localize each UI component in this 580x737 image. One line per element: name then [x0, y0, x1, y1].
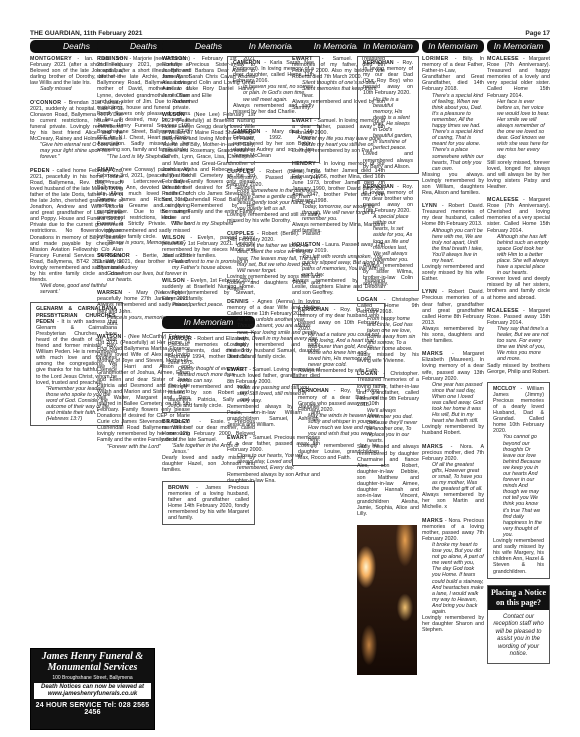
placing-notice-body: Contact our reception staff who will be …: [488, 610, 549, 663]
column-7: In Memoriam LORIMER - Billy. In memory o…: [422, 40, 484, 640]
section-header-in-memoriam: In Memoriam: [487, 40, 550, 53]
notice: LOGAN - Christopher. Treasured memories …: [357, 371, 419, 517]
notice: LYNN - Robert David. Precious memories o…: [422, 289, 484, 344]
notice-boxed: KERNOHAN - Roy. In loving memory of my o…: [357, 56, 419, 174]
notice: MARKS - Nora. Precious memories of a lov…: [422, 518, 484, 634]
masthead: THE GUARDIAN, 11th February 2021 Page 17: [30, 27, 550, 39]
notice: MARKS - Nora. A precious mother, died 7t…: [422, 444, 484, 511]
column-8: In Memoriam MCALEESE - Margaret Rose (7t…: [487, 40, 550, 664]
notice: MCALEESE - Margaret Rose. Passed away 15…: [487, 308, 550, 375]
placing-notice-title: Placing a Notice on this page?: [488, 586, 549, 610]
advert-title: James Henry Funeral & Monumental Service…: [31, 649, 154, 673]
notice: MCALEESE - Margaret Rose (7th Anniversar…: [487, 197, 550, 301]
notice-boxed: MCCLOY - William James (Jimmy) Precious …: [487, 382, 550, 579]
notice: LORIMER - Billy. In memory of a dear Fat…: [422, 56, 484, 196]
advert-address: 100 Broughshane Street, Ballymena: [31, 675, 154, 681]
notice-boxed: KERNOHAN - Roy. In loving memory of my d…: [357, 180, 419, 292]
advert-website[interactable]: Death Notices can now be viewed at www.j…: [34, 683, 151, 699]
funeral-services-advert: James Henry Funeral & Monumental Service…: [30, 648, 155, 730]
notice: LOGAN - Christopher Called Home 9th Febr…: [357, 297, 419, 364]
page-number: Page 17: [525, 30, 550, 37]
advert-phone: 24 HOUR SERVICE Tel: 028 2565 2456: [31, 702, 154, 716]
notice: MCALEESE - Margaret Rose (7th Anniversar…: [487, 56, 550, 190]
notice: MARKS - Margaret Elizabeth (Maureen). In…: [422, 351, 484, 436]
masthead-title: THE GUARDIAN, 11th February 2021: [30, 30, 142, 37]
candle-photo: [357, 525, 417, 675]
column-6: In Memoriam KERNOHAN - Roy. In loving me…: [357, 40, 419, 679]
placing-notice-box: Placing a Notice on this page? Contact o…: [487, 585, 550, 664]
section-header-in-memoriam: In Memoriam: [422, 40, 484, 53]
section-header-in-memoriam: In Memoriam: [357, 40, 419, 53]
notice: LYNN - Robert David. Treasured memories …: [422, 203, 484, 282]
